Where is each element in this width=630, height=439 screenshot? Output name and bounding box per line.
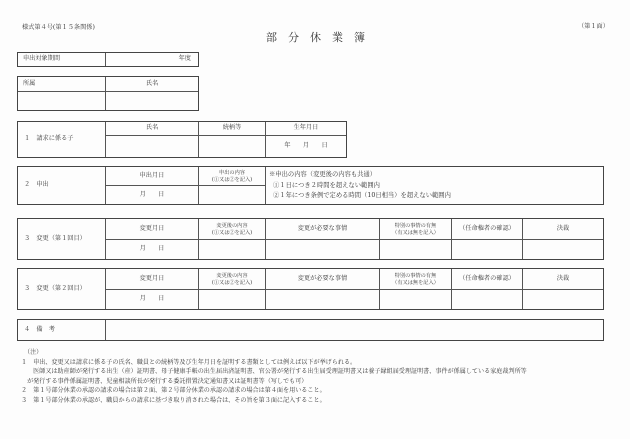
section-remarks: ４ 備 考 — [17, 319, 604, 341]
change-date-header: 変更月日 — [106, 219, 198, 239]
period-box: 申出対象期間 年度 — [17, 52, 199, 67]
period-value[interactable]: 年度 — [106, 53, 191, 66]
section-child: １ 請求に係る子 氏名 続柄等 生年月日 年 月 日 — [17, 121, 347, 158]
change-reason-field[interactable] — [266, 290, 379, 309]
change-content-header: 変更後の内容 (①又は②を記入) — [199, 223, 265, 236]
change-content-sub: (①又は②を記入) — [199, 230, 265, 237]
footnote-line: ３ 第１号部分休業の承認が、職員からの請求に基づき取り消された場合は、その旨を第… — [21, 396, 527, 406]
appointer-confirm-header: （任命権者の確認） — [452, 219, 522, 239]
approval-field[interactable] — [523, 290, 603, 309]
change-reason-field[interactable] — [266, 240, 379, 259]
change-content-sub: (①又は②を記入) — [199, 280, 265, 287]
birthdate-field[interactable]: 年 月 日 — [266, 136, 346, 157]
footnotes-heading: （注） — [24, 348, 527, 358]
change-date-field[interactable]: 月 日 — [106, 290, 198, 309]
form-number: 様式第４号(第１５条関係) — [22, 25, 95, 31]
approval-field[interactable] — [523, 240, 603, 259]
section-request: ２ 申出 申出月日 申出の内容 (①又は②を記入) 月 日 ※申出の内容（変更後… — [17, 166, 604, 205]
change-date-header: 変更月日 — [106, 269, 198, 289]
section-remarks-label: ４ 備 考 — [24, 320, 55, 340]
notes-item-2: ②１年につき条例で定める時間（10日相当）を超えない範囲内 — [269, 191, 451, 202]
remarks-field[interactable] — [106, 320, 603, 340]
appointer-confirm-field[interactable] — [452, 240, 522, 259]
change-date-field[interactable]: 月 日 — [106, 240, 198, 259]
notes-item-1: ①１日につき２時間を超えない範囲内 — [269, 181, 451, 192]
period-label: 申出対象期間 — [23, 53, 60, 66]
special-circumstance-field[interactable] — [380, 290, 451, 309]
footnote-line: １ 申出、変更又は請求に係る子の氏名、職員との続柄等及び生年月日を証明する書類と… — [21, 358, 527, 368]
child-name-field[interactable] — [106, 136, 198, 157]
footnote-line: が発行する事件係属証明書、児童相談所長が発行する委託措置決定通知書又は証明書等（… — [21, 377, 527, 387]
affiliation-box: 所属 氏名 — [17, 76, 199, 111]
change-content-field[interactable] — [199, 240, 265, 259]
request-content-header: 申出の内容 (①又は②を記入) — [199, 170, 265, 183]
section-change-2-label: ３ 変更（第２回目） — [24, 269, 86, 309]
section-change-1-label: ３ 変更（第１回目） — [24, 219, 86, 259]
page-title: 部分休業簿 — [266, 29, 376, 45]
affiliation-label: 所属 — [23, 77, 35, 91]
section-change-2: ３ 変更（第２回目） 変更月日 変更後の内容 (①又は②を記入) 変更が必要な事… — [17, 268, 604, 310]
approval-header: 決裁 — [523, 219, 603, 239]
notes-title: ※申出の内容（変更後の内容も共通） — [269, 170, 451, 181]
change-reason-header: 変更が必要な事情 — [266, 219, 379, 239]
page-label: （第１面） — [578, 24, 609, 30]
change-content-header: 変更後の内容 (①又は②を記入) — [199, 273, 265, 286]
request-date-header: 申出月日 — [106, 167, 198, 185]
name-field[interactable] — [106, 92, 198, 110]
special-sub: （有又は無を記入） — [380, 280, 451, 287]
request-content-field[interactable] — [199, 186, 265, 204]
name-label: 氏名 — [106, 77, 198, 91]
request-content-notes: ※申出の内容（変更後の内容も共通） ①１日につき２時間を超えない範囲内 ②１年に… — [269, 170, 451, 202]
relationship-header: 続柄等 — [199, 122, 265, 135]
relationship-field[interactable] — [199, 136, 265, 157]
special-sub: （有又は無を記入） — [380, 230, 451, 237]
child-name-header: 氏名 — [106, 122, 198, 135]
birthdate-header: 生年月日 — [266, 122, 346, 135]
special-circumstance-field[interactable] — [380, 240, 451, 259]
section-request-label: ２ 申出 — [24, 167, 49, 204]
special-circumstance-header: 特別の事情の有無 （有又は無を記入） — [380, 273, 451, 286]
section-change-1: ３ 変更（第１回目） 変更月日 変更後の内容 (①又は②を記入) 変更が必要な事… — [17, 218, 604, 260]
footnote-line: 医師又は助産師が発行する出生（産）証明書、母子健康手帳の出生届出済証明書、官公署… — [21, 367, 527, 377]
approval-header: 決裁 — [523, 269, 603, 289]
request-date-field[interactable]: 月 日 — [106, 186, 198, 204]
affiliation-field[interactable] — [18, 92, 105, 110]
appointer-confirm-header: （任命権者の確認） — [452, 269, 522, 289]
footnote-line: ２ 第１号部分休業の承認の請求の場合は第２面、第２号部分休業の承認の請求の場合は… — [21, 386, 527, 396]
special-circumstance-header: 特別の事情の有無 （有又は無を記入） — [380, 223, 451, 236]
footnotes: （注） １ 申出、変更又は請求に係る子の氏名、職員との続柄等及び生年月日を証明す… — [24, 348, 527, 406]
change-content-field[interactable] — [199, 290, 265, 309]
change-reason-header: 変更が必要な事情 — [266, 269, 379, 289]
request-content-sub: (①又は②を記入) — [199, 177, 265, 184]
appointer-confirm-field[interactable] — [452, 290, 522, 309]
section-child-label: １ 請求に係る子 — [24, 122, 74, 157]
